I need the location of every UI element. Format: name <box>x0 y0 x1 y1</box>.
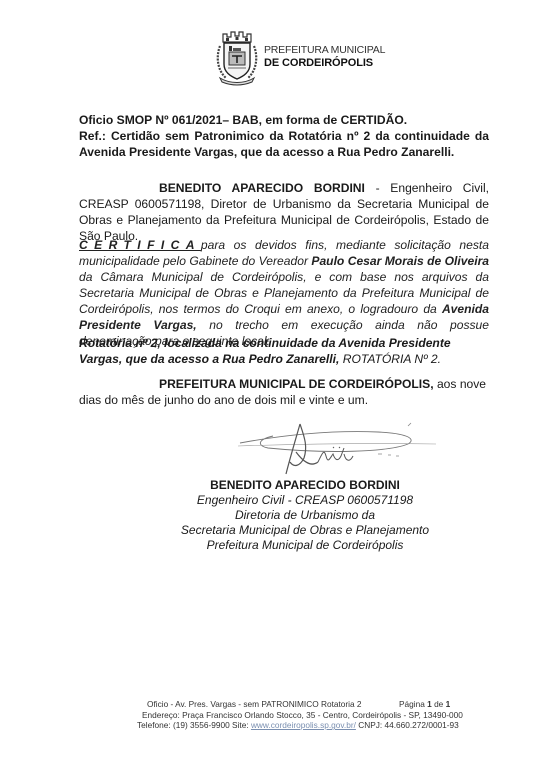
signatory-title: Engenheiro Civil - CREASP 0600571198 <box>150 493 460 508</box>
footer-doc-reference: Oficio - Av. Pres. Vargas - sem PATRONIM… <box>147 699 362 709</box>
vereador-name: Paulo Cesar Morais de Oliveira <box>311 254 489 268</box>
website-link[interactable]: www.cordeiropolis.sp.gov.br/ <box>251 720 356 730</box>
reference-line1: Ref.: Certidão sem Patronimico da Rotató… <box>79 128 489 144</box>
reference-line2: Avenida Presidente Vargas, que da acesso… <box>79 144 489 160</box>
signatory-name: BENEDITO APARECIDO BORDINI <box>150 478 460 493</box>
signatory-institution: Prefeitura Municipal de Cordeirópolis <box>150 538 460 553</box>
signatory-secretariat: Secretaria Municipal de Obras e Planejam… <box>150 523 460 538</box>
letterhead-line1: PREFEITURA MUNICIPAL <box>264 44 385 57</box>
letterhead: PREFEITURA MUNICIPAL DE CORDEIRÓPOLIS <box>214 29 385 85</box>
oficio-number: Oficio SMOP Nº 061/2021– BAB, em forma d… <box>79 112 489 128</box>
certification-text-b: da Câmara Municipal de Cordeirópolis, e … <box>79 270 489 316</box>
issuer-name: BENEDITO APARECIDO BORDINI <box>159 181 365 195</box>
paragraph-date: PREFEITURA MUNICIPAL DE CORDEIRÓPOLIS, a… <box>79 376 489 408</box>
paragraph-certification: CERTIFICApara os devidos fins, mediante … <box>79 237 489 349</box>
signatory-department: Diretoria de Urbanismo da <box>150 508 460 523</box>
paragraph-location: Rotatória nº 2, localizada na continuida… <box>79 335 489 367</box>
page-number: Página 1 de 1 <box>399 699 450 710</box>
document-subject: Oficio SMOP Nº 061/2021– BAB, em forma d… <box>79 112 489 160</box>
footer-phone: Telefone: (19) 3556-9900 Site: <box>137 720 251 730</box>
letterhead-line2: DE CORDEIRÓPOLIS <box>264 57 385 70</box>
location-designation: ROTATÓRIA Nº 2. <box>339 352 441 366</box>
handwritten-signature <box>238 418 438 480</box>
page-footer: Oficio - Av. Pres. Vargas - sem PATRONIM… <box>140 699 520 731</box>
paragraph-issuer: BENEDITO APARECIDO BORDINI - Engenheiro … <box>79 180 489 244</box>
municipal-coat-of-arms-icon <box>214 28 260 86</box>
prefeitura-name: PREFEITURA MUNICIPAL DE CORDEIRÓPOLIS, <box>159 377 434 391</box>
certifica-heading: CERTIFICA <box>79 238 201 252</box>
footer-address: Endereço: Praça Francisco Orlando Stocco… <box>140 710 520 721</box>
signature-block: BENEDITO APARECIDO BORDINI Engenheiro Ci… <box>150 478 460 553</box>
footer-cnpj: CNPJ: 44.660.272/0001-93 <box>356 720 459 730</box>
